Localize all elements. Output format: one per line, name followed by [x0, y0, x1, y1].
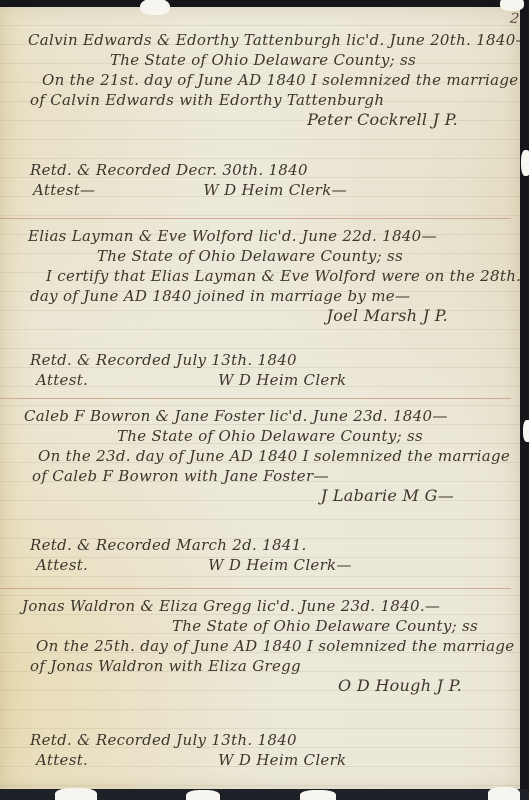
torn-edge: [521, 150, 529, 176]
state-line: The State of Ohio Delaware County; ss: [0, 616, 520, 636]
clerk-signature: W D Heim Clerk—: [208, 555, 352, 575]
page-number: 2: [509, 10, 520, 27]
officiant-signature: Joel Marsh J P.: [0, 306, 520, 326]
certify-line-1: On the 25th. day of June AD 1840 I solem…: [0, 636, 520, 656]
attest-label: Attest.: [36, 370, 88, 390]
recorded-line: Retd. & Recorded July 13th. 1840: [0, 730, 520, 750]
torn-edge: [523, 420, 529, 442]
certify-line-2: day of June AD 1840 joined in marriage b…: [0, 286, 520, 306]
recorded-line: Retd. & Recorded March 2d. 1841.: [0, 535, 520, 555]
torn-edge: [186, 790, 220, 800]
scanned-ledger-page: 2 Calvin Edwards & Edorthy Tattenburgh l…: [0, 0, 529, 800]
entry-heading: Caleb F Bowron & Jane Foster lic'd. June…: [0, 406, 520, 426]
clerk-signature: W D Heim Clerk—: [203, 180, 347, 200]
officiant-signature: O D Hough J P.: [0, 676, 520, 696]
state-line: The State of Ohio Delaware County; ss: [0, 50, 520, 70]
certify-line-1: On the 23d. day of June AD 1840 I solemn…: [0, 446, 520, 466]
state-line: The State of Ohio Delaware County; ss: [0, 246, 520, 266]
separator-line: [0, 588, 511, 589]
marriage-entry-bowron: Caleb F Bowron & Jane Foster lic'd. June…: [0, 406, 520, 506]
state-line: The State of Ohio Delaware County; ss: [0, 426, 520, 446]
scan-edge-top: [0, 0, 529, 7]
certify-line-1: On the 21st. day of June AD 1840 I solem…: [0, 70, 520, 90]
entry-heading: Calvin Edwards & Edorthy Tattenburgh lic…: [0, 30, 520, 50]
clerk-signature: W D Heim Clerk: [218, 370, 346, 390]
entry-heading: Elias Layman & Eve Wolford lic'd. June 2…: [0, 226, 520, 246]
recording-note-1: Retd. & Recorded Decr. 30th. 1840 Attest…: [0, 160, 520, 200]
entry-heading: Jonas Waldron & Eliza Gregg lic'd. June …: [0, 596, 520, 616]
recorded-line: Retd. & Recorded Decr. 30th. 1840: [0, 160, 520, 180]
separator-line: [0, 398, 511, 399]
certify-line-2: of Calvin Edwards with Edorthy Tattenbur…: [0, 90, 520, 110]
officiant-signature: Peter Cockrell J P.: [0, 110, 520, 130]
certify-line-2: of Jonas Waldron with Eliza Gregg: [0, 656, 520, 676]
recorded-line: Retd. & Recorded July 13th. 1840: [0, 350, 520, 370]
clerk-signature: W D Heim Clerk: [218, 750, 346, 770]
recording-note-2: Retd. & Recorded July 13th. 1840 Attest.…: [0, 350, 520, 390]
torn-edge: [300, 790, 336, 800]
torn-edge: [488, 787, 520, 800]
marriage-entry-waldron: Jonas Waldron & Eliza Gregg lic'd. June …: [0, 596, 520, 696]
marriage-entry-edwards: Calvin Edwards & Edorthy Tattenburgh lic…: [0, 30, 520, 130]
separator-line: [0, 218, 511, 219]
recording-note-3: Retd. & Recorded March 2d. 1841. Attest.…: [0, 535, 520, 575]
attest-label: Attest—: [33, 180, 95, 200]
officiant-signature: J Labarie M G—: [0, 486, 520, 506]
certify-line-1: I certify that Elias Layman & Eve Wolfor…: [0, 266, 520, 286]
recording-note-4: Retd. & Recorded July 13th. 1840 Attest.…: [0, 730, 520, 770]
attest-label: Attest.: [36, 555, 88, 575]
torn-edge: [55, 788, 97, 800]
torn-edge: [500, 0, 524, 11]
ledger-paper: 2 Calvin Edwards & Edorthy Tattenburgh l…: [0, 7, 520, 789]
certify-line-2: of Caleb F Bowron with Jane Foster—: [0, 466, 520, 486]
torn-edge: [140, 0, 170, 15]
scan-edge-right: [520, 0, 529, 800]
attest-label: Attest.: [36, 750, 88, 770]
marriage-entry-layman: Elias Layman & Eve Wolford lic'd. June 2…: [0, 226, 520, 326]
